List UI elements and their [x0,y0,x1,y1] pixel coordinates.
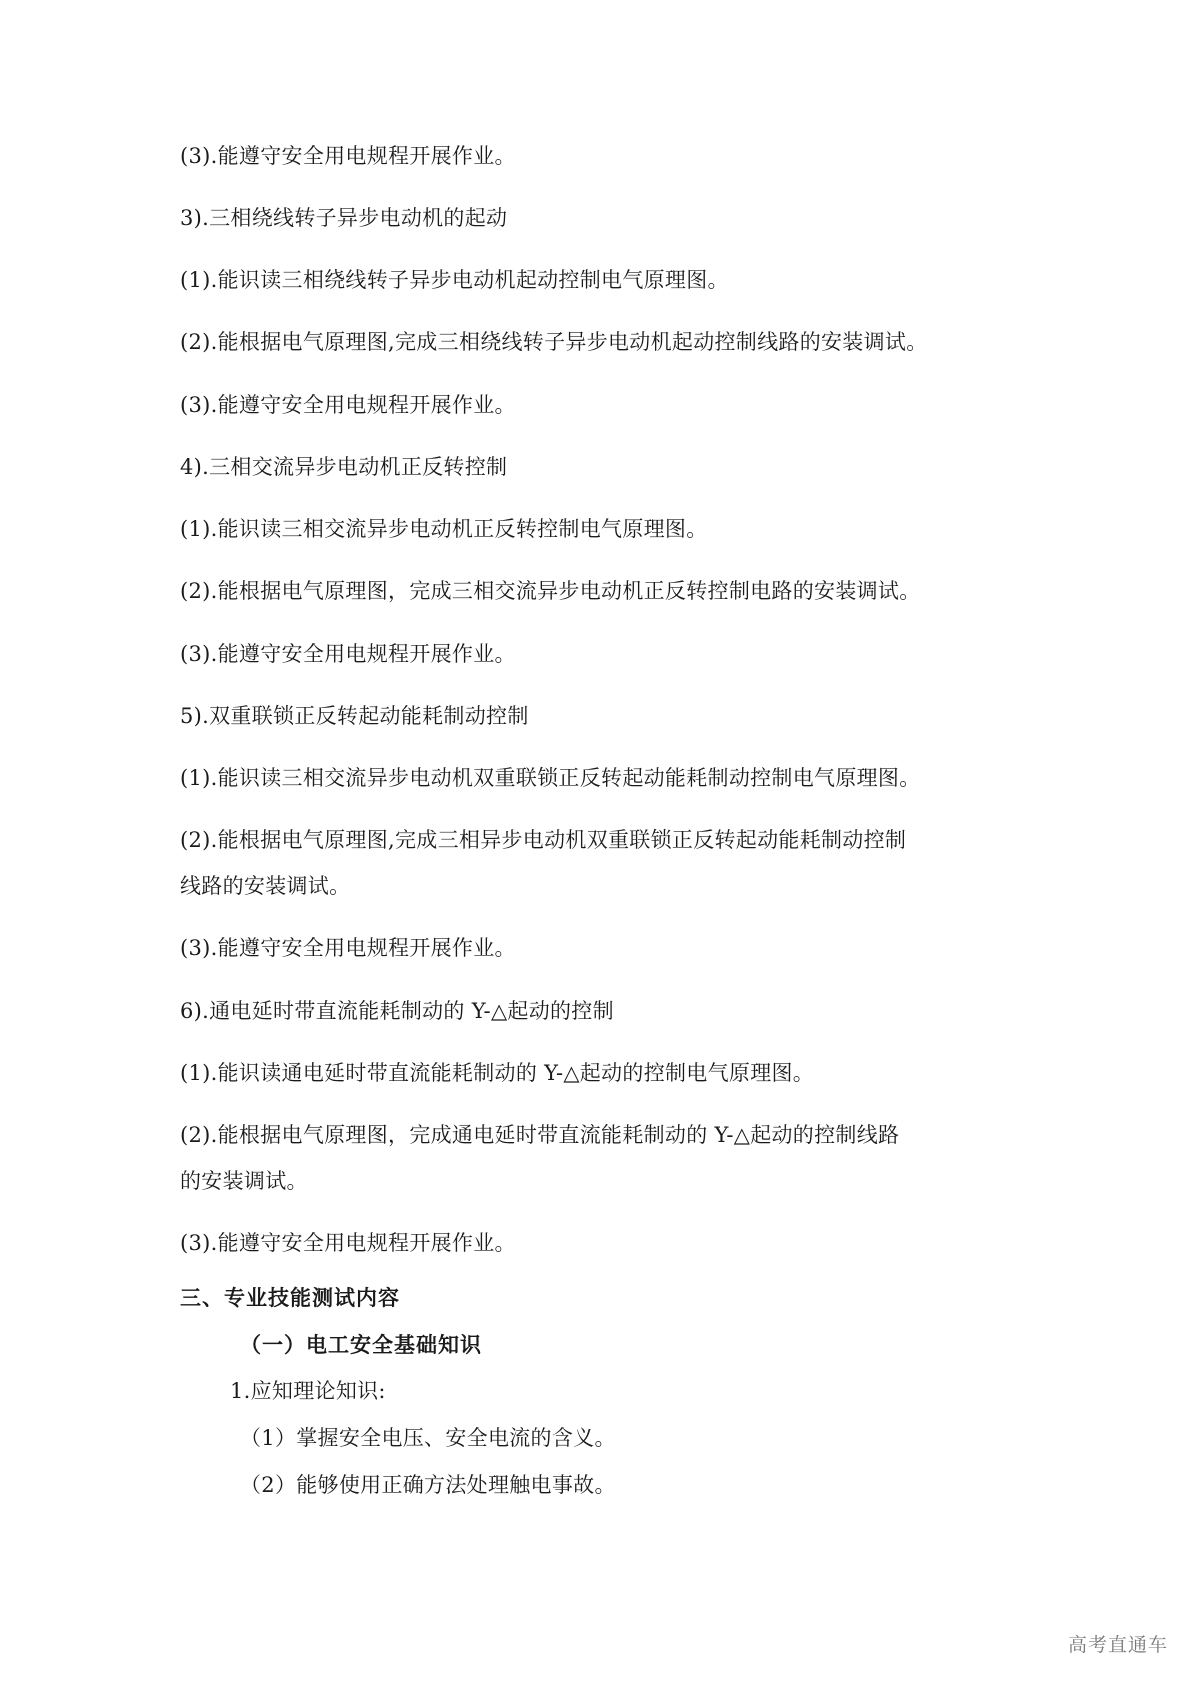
document-page: (3).能遵守安全用电规程开展作业。 3).三相绕线转子异步电动机的起动 (1)… [0,0,1190,1683]
list-item: (1).能识读三相交流异步电动机正反转控制电气原理图。 [180,515,708,543]
section-heading: 三、专业技能测试内容 [180,1284,400,1312]
list-item: (2).能根据电气原理图，完成三相交流异步电动机正反转控制电路的安装调试。 [180,577,921,605]
list-item: (2).能根据电气原理图,完成三相异步电动机双重联锁正反转起动能耗制动控制 [180,826,906,854]
list-item: (1).能识读三相交流异步电动机双重联锁正反转起动能耗制动控制电气原理图。 [180,764,921,792]
list-item: (3).能遵守安全用电规程开展作业。 [180,640,516,668]
list-item-continuation: 的安装调试。 [180,1167,308,1195]
list-item: (1).能识读通电延时带直流能耗制动的 Y-△起动的控制电气原理图。 [180,1059,814,1087]
list-item: (3).能遵守安全用电规程开展作业。 [180,142,516,170]
list-item: （1）掌握安全电压、安全电流的含义。 [240,1424,616,1452]
subsection-title: 3).三相绕线转子异步电动机的起动 [180,204,507,232]
item-heading: 1.应知理论知识: [230,1377,386,1405]
subsection-title: 4).三相交流异步电动机正反转控制 [180,453,507,481]
watermark: 高考直通车 [1068,1630,1168,1657]
list-item-continuation: 线路的安装调试。 [180,872,350,900]
list-item: (1).能识读三相绕线转子异步电动机起动控制电气原理图。 [180,266,729,294]
list-item: (3).能遵守安全用电规程开展作业。 [180,1229,516,1257]
list-item: (3).能遵守安全用电规程开展作业。 [180,934,516,962]
list-item: (2).能根据电气原理图,完成三相绕线转子异步电动机起动控制线路的安装调试。 [180,328,928,356]
list-item: (2).能根据电气原理图，完成通电延时带直流能耗制动的 Y-△起动的控制线路 [180,1121,899,1149]
list-item: (3).能遵守安全用电规程开展作业。 [180,391,516,419]
subsection-title: 6).通电延时带直流能耗制动的 Y-△起动的控制 [180,997,614,1025]
list-item: （2）能够使用正确方法处理触电事故。 [240,1471,616,1499]
subsection-heading: （一）电工安全基础知识 [240,1331,482,1359]
subsection-title: 5).双重联锁正反转起动能耗制动控制 [180,702,529,730]
